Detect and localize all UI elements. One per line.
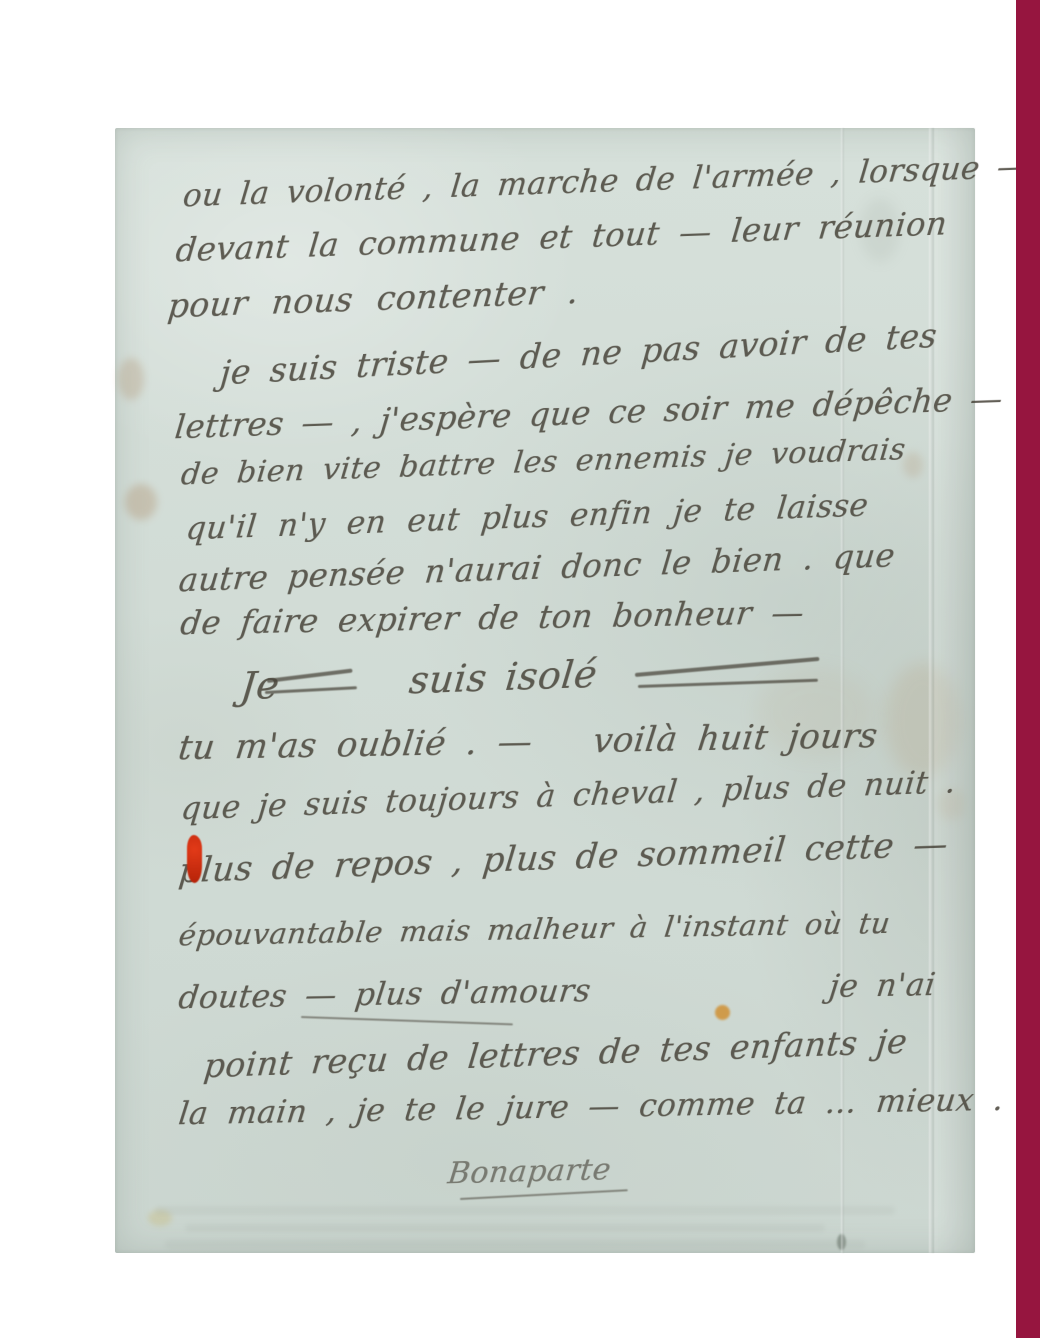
handwriting-line-16: point reçu de lettres de tes enfants je [202,1021,909,1085]
manuscript-photo: ou la volonté , la marche de l'armée , l… [115,128,975,1253]
handwriting-line-15: doutes — plus d'amours je n'ai [177,967,938,1016]
underline-flourish [301,1016,513,1025]
paper-stain [125,484,157,520]
signature: Bonaparte [446,1152,613,1191]
handwriting-line-14: épouvantable mais malheur à l'instant où… [177,906,893,952]
ink-bleedthrough [185,1224,825,1232]
handwriting-line-9: de faire expirer de ton bonheur — [178,593,806,642]
red-ink-mark [187,835,202,883]
paper-stain [715,1005,730,1020]
handwriting-line-17: la main , je te le jure — comme ta … mie… [177,1082,1006,1132]
handwriting-line-4: je suis triste — de ne pas avoir de tes [219,315,939,392]
catalog-page: ou la volonté , la marche de l'armée , l… [0,0,1040,1338]
handwriting-line-8: autre pensée n'aurai donc le bien . que [177,536,897,599]
paper-stain [903,452,923,478]
ink-bleedthrough [155,1206,895,1215]
handwriting-line-13: plus de repos , plus de sommeil cette — [177,824,950,891]
handwriting-line-1: ou la volonté , la marche de l'armée , l… [181,148,1030,214]
accent-bar [1016,0,1040,1338]
ink-bleedthrough [165,1240,865,1249]
handwriting-line-3: pour nous contenter . [166,272,581,326]
handwriting-line-11: tu m'as oublié . — voilà huit jours [176,716,880,768]
handwriting-line-7: qu'il n'y en eut plus enfin je te laisse [184,487,870,547]
underline-flourish [460,1189,628,1200]
paper-stain [118,358,144,400]
handwriting-line-2: devant la commune et tout — leur réunion [174,204,949,269]
